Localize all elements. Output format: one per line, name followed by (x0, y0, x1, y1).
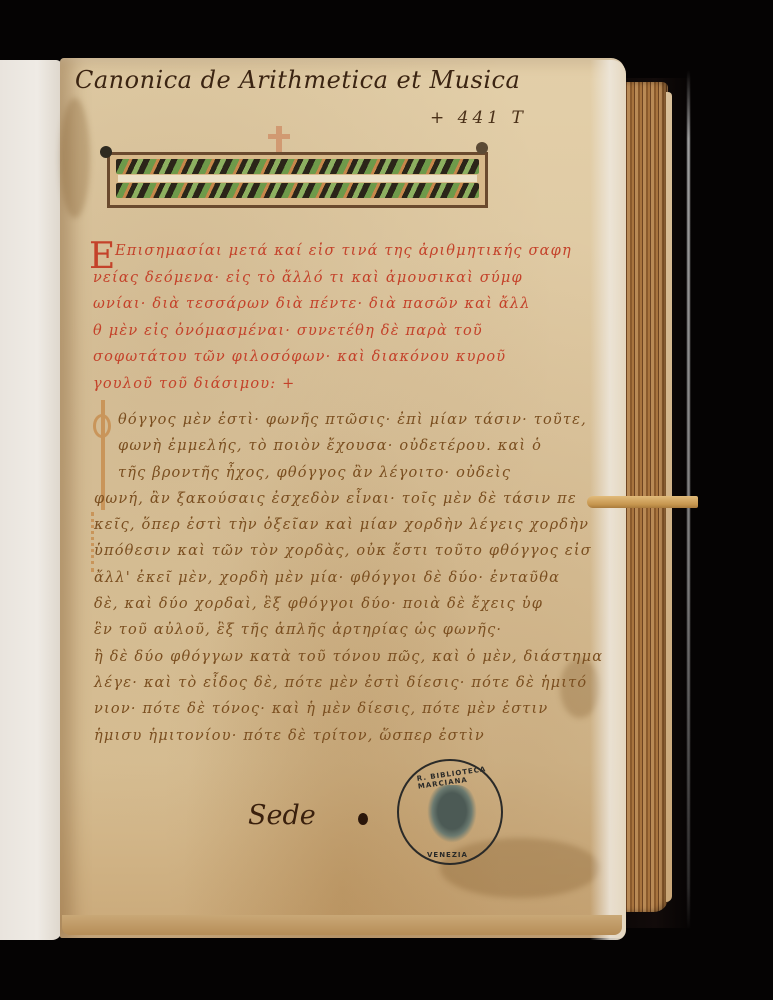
bookmark-stick (587, 496, 698, 508)
interlace-band-bottom (116, 183, 479, 198)
body-text: θόγγος μὲν ἐστὶ· φωνῆς πτῶσις· ἐπὶ μίαν … (118, 407, 518, 749)
body-line: δὲ, καὶ δύο χορδαὶ, ἓξ φθόγγοι δύο· ποιὰ… (94, 591, 518, 617)
body-line: κεῖς, ὅπερ ἐστὶ τὴν ὀξεῖαν καὶ μίαν χορδ… (94, 512, 518, 538)
corner-ornament-icon (476, 142, 488, 154)
stamp-bottom-text: VENEZIA (427, 851, 468, 859)
annotation-subnote: + 441 T (430, 108, 527, 128)
ink-blot (358, 813, 368, 825)
body-line: τῆς βροντῆς ἦχος, φθόγγος ἂν λέγοιτο· οὐ… (118, 460, 518, 486)
annotation-title: Canonica de Arithmetica et Musica (75, 66, 520, 94)
rubric-line: ωνίαι· διὰ τεσσάρων διὰ πέντε· διὰ πασῶν… (93, 291, 503, 318)
body-line: θόγγος μὲν ἐστὶ· φωνῆς πτῶσις· ἐπὶ μίαν … (118, 407, 518, 433)
rubric-line: θ μὲν εἰς ὀνόμασμέναι· συνετέθη δὲ παρὰ … (93, 318, 503, 345)
corner-ornament-icon (100, 146, 112, 158)
page-bottom-edge (62, 915, 622, 935)
body-line: ἡμισυ ἡμιτονίου· πότε δὲ τρίτον, ὥσπερ ἐ… (94, 723, 518, 749)
rubric-line: γουλοῦ τοῦ διάσιμου: + (93, 371, 503, 398)
rubric-text: Επισημασίαι μετά καί εἰσ τινά της ἀριθμη… (93, 238, 503, 397)
body-line: νιον· πότε δὲ τόνος· καὶ ἡ μὲν δίεσις, π… (94, 696, 518, 722)
left-blank-leaf (0, 60, 62, 940)
coat-of-arms-icon (427, 785, 477, 843)
body-line: ὑπόθεσιν καὶ τῶν τὸν χορδὰς, οὐκ ἔστι το… (94, 538, 518, 564)
body-line: λέγε· καὶ τὸ εἶδος δὲ, πότε μὲν ἐστὶ δίε… (94, 670, 518, 696)
interlace-band-top (116, 159, 479, 174)
manuscript-photo: Canonica de Arithmetica et Musica + 441 … (0, 0, 773, 1000)
rubric-line: Επισημασίαι μετά καί εἰσ τινά της ἀριθμη… (93, 238, 503, 265)
cross-finial-icon (268, 122, 290, 156)
signature: Sede (248, 800, 316, 831)
body-line: ἓν τοῦ αὐλοῦ, ἓξ τῆς ἁπλῆς ἀρτηρίας ὡς φ… (94, 617, 518, 643)
rubric-line: σοφωτάτου τῶν φιλοσόφων· καὶ διακόνου κυ… (93, 344, 503, 371)
body-line: φωνὴ ἐμμελής, τὸ ποιὸν ἔχουσα· οὐδετέρου… (118, 433, 518, 459)
decorative-headpiece (107, 152, 488, 208)
body-line: φωνή, ἂν ξακούσαις ἐσχεδὸν εἶναι· τοῖς μ… (94, 486, 518, 512)
body-line: ἢ δὲ δύο φθόγγων κατὰ τοῦ τόνου πῶς, καὶ… (94, 644, 518, 670)
body-line: ἄλλ' ἐκεῖ μὲν, χορδὴ μὲν μία· φθόγγοι δὲ… (94, 565, 518, 591)
stain (60, 98, 90, 218)
rubric-line: νείας δεόμενα· εἰς τὸ ἄλλό τι καὶ ἀμουσι… (93, 265, 503, 292)
headpiece-gap (118, 175, 477, 182)
library-stamp: R. BIBLIOTECA MARCIANA VENEZIA (397, 759, 503, 865)
